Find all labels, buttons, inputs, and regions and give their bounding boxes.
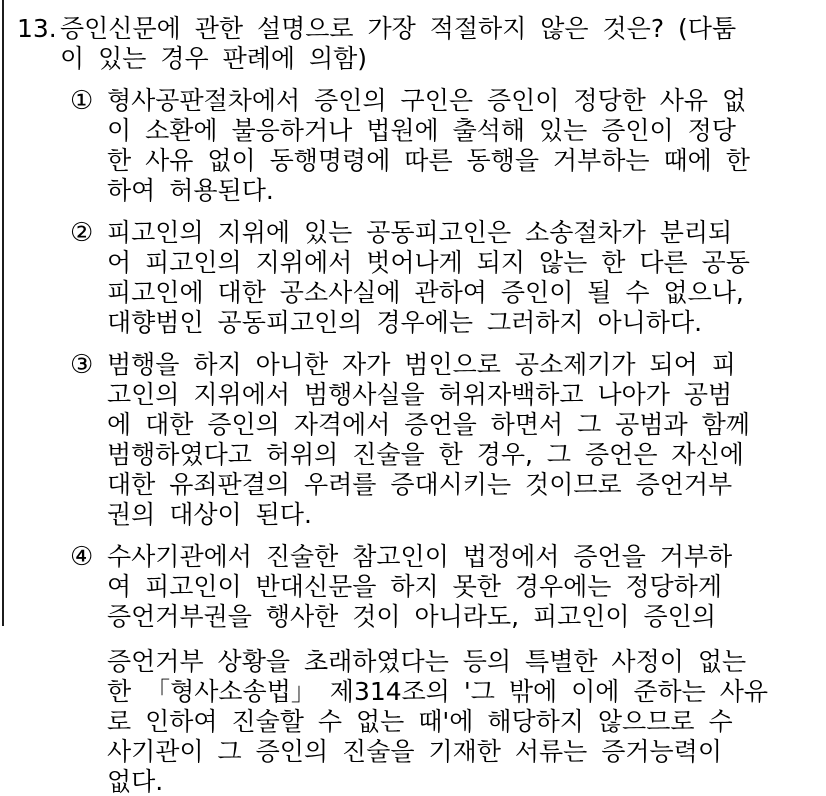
option-text-line: 대한 유죄판결의 우려를 증대시키는 것이므로 증언거부 <box>107 470 826 500</box>
continuation-line: 증언거부 상황을 초래하였다는 등의 특별한 사정이 없는 <box>107 647 826 677</box>
option-text-line: 범행을 하지 아니한 자가 범인으로 공소제기가 되어 피 <box>107 350 826 380</box>
continuation-line: 없다. <box>107 767 826 796</box>
continuation-line: 로 인하여 진술할 수 없는 때'에 해당하지 않으므로 수 <box>107 707 826 737</box>
option-text-line: 권의 대상이 된다. <box>107 500 826 530</box>
question-title-line: 증인신문에 관한 설명으로 가장 적절하지 않은 것은? (다툼 <box>60 14 826 44</box>
option-text-line: 범행하였다고 허위의 진술을 한 경우, 그 증언은 자신에 <box>107 440 826 470</box>
option-text-line: 이 소환에 불응하거나 법원에 출석해 있는 증인이 정당 <box>107 116 826 146</box>
question-title: 증인신문에 관한 설명으로 가장 적절하지 않은 것은? (다툼이 있는 경우 … <box>60 14 826 74</box>
option-text: 피고인의 지위에 있는 공동피고인은 소송절차가 분리되어 피고인의 지위에서 … <box>107 218 826 338</box>
option-text-line: 여 피고인이 반대신문을 하지 못한 경우에는 정당하게 <box>107 572 826 602</box>
question-13-block: 13. 증인신문에 관한 설명으로 가장 적절하지 않은 것은? (다툼이 있는… <box>0 14 826 796</box>
question-title-line: 이 있는 경우 판례에 의함) <box>60 44 826 74</box>
options-list: ① 형사공판절차에서 증인의 구인은 증인이 정당한 사유 없이 소환에 불응하… <box>0 86 826 632</box>
option-text-line: 피고인의 지위에 있는 공동피고인은 소송절차가 분리되 <box>107 218 826 248</box>
option-text-line: 대향범인 공동피고인의 경우에는 그러하지 아니하다. <box>107 308 826 338</box>
option-item: ① 형사공판절차에서 증인의 구인은 증인이 정당한 사유 없이 소환에 불응하… <box>0 86 826 206</box>
option-text-line: 피고인에 대한 공소사실에 관하여 증인이 될 수 없으나, <box>107 278 826 308</box>
option-text-line: 한 사유 없이 동행명령에 따른 동행을 거부하는 때에 한 <box>107 146 826 176</box>
option-text-line: 어 피고인의 지위에서 벗어나게 되지 않는 한 다른 공동 <box>107 248 826 278</box>
continuation-line: 한 「형사소송법」 제314조의 '그 밖에 이에 준하는 사유 <box>107 677 826 707</box>
option-text: 수사기관에서 진술한 참고인이 법정에서 증언을 거부하여 피고인이 반대신문을… <box>107 542 826 632</box>
exam-page: 13. 증인신문에 관한 설명으로 가장 적절하지 않은 것은? (다툼이 있는… <box>0 0 826 796</box>
option-number-circle: ① <box>70 86 107 206</box>
option-text: 범행을 하지 아니한 자가 범인으로 공소제기가 되어 피고인의 지위에서 범행… <box>107 350 826 530</box>
option-item: ④ 수사기관에서 진술한 참고인이 법정에서 증언을 거부하여 피고인이 반대신… <box>0 542 826 632</box>
option-item: ③ 범행을 하지 아니한 자가 범인으로 공소제기가 되어 피고인의 지위에서 … <box>0 350 826 530</box>
option-text-line: 하여 허용된다. <box>107 176 826 206</box>
option-number-circle: ② <box>70 218 107 338</box>
option-item: ② 피고인의 지위에 있는 공동피고인은 소송절차가 분리되어 피고인의 지위에… <box>0 218 826 338</box>
option-number-circle: ③ <box>70 350 107 530</box>
question-header: 13. 증인신문에 관한 설명으로 가장 적절하지 않은 것은? (다툼이 있는… <box>0 14 826 74</box>
option-text-line: 형사공판절차에서 증인의 구인은 증인이 정당한 사유 없 <box>107 86 826 116</box>
option-text: 형사공판절차에서 증인의 구인은 증인이 정당한 사유 없이 소환에 불응하거나… <box>107 86 826 206</box>
option-text-line: 수사기관에서 진술한 참고인이 법정에서 증언을 거부하 <box>107 542 826 572</box>
option-text-line: 에 대한 증인의 자격에서 증언을 하면서 그 공범과 함께 <box>107 410 826 440</box>
continuation-line: 사기관이 그 증인의 진술을 기재한 서류는 증거능력이 <box>107 737 826 767</box>
option-text-line: 고인의 지위에서 범행사실을 허위자백하고 나아가 공범 <box>107 380 826 410</box>
option-number-circle: ④ <box>70 542 107 632</box>
option4-continuation-paragraph: 증언거부 상황을 초래하였다는 등의 특별한 사정이 없는한 「형사소송법」 제… <box>0 647 826 796</box>
option-text-line: 증언거부권을 행사한 것이 아니라도, 피고인이 증인의 <box>107 602 826 632</box>
question-number: 13. <box>17 14 60 74</box>
